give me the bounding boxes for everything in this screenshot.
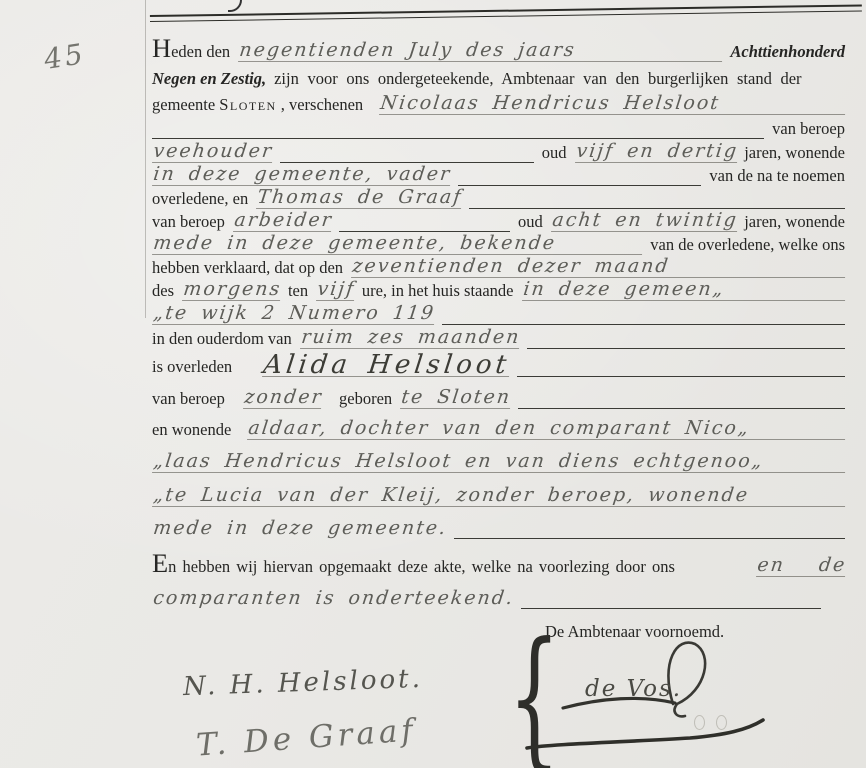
- handwritten-details: aldaar, dochter van den comparant Nico„: [247, 418, 847, 440]
- line-opening-3: gemeente Sloten , verschenen Nicolaas He…: [152, 89, 845, 115]
- printed-text: ure, in het huis staande: [362, 281, 514, 301]
- handwritten-address: „te wijk 2 Numero 119: [152, 303, 436, 325]
- printed-municipality: Sloten: [219, 95, 277, 115]
- line-family-details-3: „te Lucia van der Kleij, zonder beroep, …: [152, 481, 845, 507]
- handwritten-date: negentienden July des jaars: [238, 40, 725, 62]
- line-declaration-address: „te wijk 2 Numero 119: [152, 299, 845, 325]
- blank-space: [683, 567, 748, 577]
- printed-text: is overleden: [152, 357, 232, 377]
- handwritten-text: comparanten is onderteekend.: [152, 588, 515, 609]
- act-number: 45: [42, 37, 88, 76]
- printed-text: , verschenen: [281, 95, 363, 115]
- printed-text: van beroep: [772, 119, 845, 139]
- line-family-details-2: „laas Hendricus Helsloot en van diens ec…: [152, 447, 845, 473]
- fill-rule: [518, 393, 845, 409]
- line-opening-2: Negen en Zestig, zijn voor ons ondergete…: [152, 63, 845, 89]
- handwritten-details: „te Lucia van der Kleij, zonder beroep, …: [152, 485, 848, 507]
- printed-text: gemeente: [152, 95, 215, 115]
- handwritten-birthplace: te Sloten: [400, 387, 512, 409]
- printed-text: en wonende: [152, 420, 231, 440]
- printed-year-word: Achttienhonderd: [730, 42, 845, 62]
- handwritten-deceased-name: Alida Helsloot: [262, 355, 511, 377]
- printed-text: ten: [288, 281, 308, 301]
- printed-text: Heden den: [152, 39, 230, 62]
- witness-signature: T. De Graaf: [195, 712, 418, 763]
- paper-mark: [716, 715, 727, 730]
- line-family-details-1: en wonende aldaar, dochter van den compa…: [152, 414, 845, 440]
- handwritten-hour: vijf: [316, 279, 356, 301]
- handwritten-details: „laas Hendricus Helsloot en van diens ec…: [152, 451, 848, 473]
- previous-entry-stroke: [228, 0, 242, 12]
- fill-rule: [521, 593, 821, 609]
- printed-text: zijn voor ons ondergeteekende, Ambtenaar…: [274, 69, 801, 89]
- handwritten-text: en de: [756, 555, 848, 577]
- line-opening-4: van beroep: [152, 113, 845, 139]
- line-opening-1: Heden den negentienden July des jaars Ac…: [152, 36, 845, 62]
- left-margin-line: [145, 0, 146, 318]
- death-certificate-scan: 45 Heden den negentienden July des jaars…: [0, 0, 866, 768]
- fill-rule: [454, 523, 845, 539]
- handwritten-details: mede in deze gemeente.: [152, 518, 448, 539]
- line-closing-1: En hebben wij hiervan opgemaakt deze akt…: [152, 551, 845, 577]
- handwritten-daypart: morgens: [182, 279, 283, 301]
- line-declaration-time: des morgens ten vijf ure, in het huis st…: [152, 275, 845, 301]
- official-signature: de Vos.: [585, 676, 682, 702]
- top-double-rule: [150, 4, 862, 22]
- handwritten-location: in deze gemeen„: [522, 279, 848, 301]
- printed-year-word-2: Negen en Zestig,: [152, 69, 266, 89]
- line-family-details-4: mede in deze gemeente.: [152, 513, 845, 539]
- printed-text: En hebben wij hiervan opgemaakt deze akt…: [152, 554, 675, 577]
- handwritten-declarant-name: Nicolaas Hendricus Helsloot: [379, 93, 848, 115]
- declarant-signature: N. H. Helsloot.: [183, 664, 424, 702]
- printed-text: geboren: [339, 389, 392, 409]
- line-closing-2: comparanten is onderteekend.: [152, 583, 821, 609]
- fill-rule: [517, 361, 845, 377]
- printed-text: van beroep: [152, 389, 225, 409]
- line-deceased-name: is overleden Alida Helsloot: [152, 345, 845, 377]
- paper-mark: [694, 715, 705, 730]
- printed-text: des: [152, 281, 174, 301]
- handwritten-occupation: zonder: [243, 387, 324, 409]
- line-deceased-occupation: van beroep zonder geboren te Sloten: [152, 383, 845, 409]
